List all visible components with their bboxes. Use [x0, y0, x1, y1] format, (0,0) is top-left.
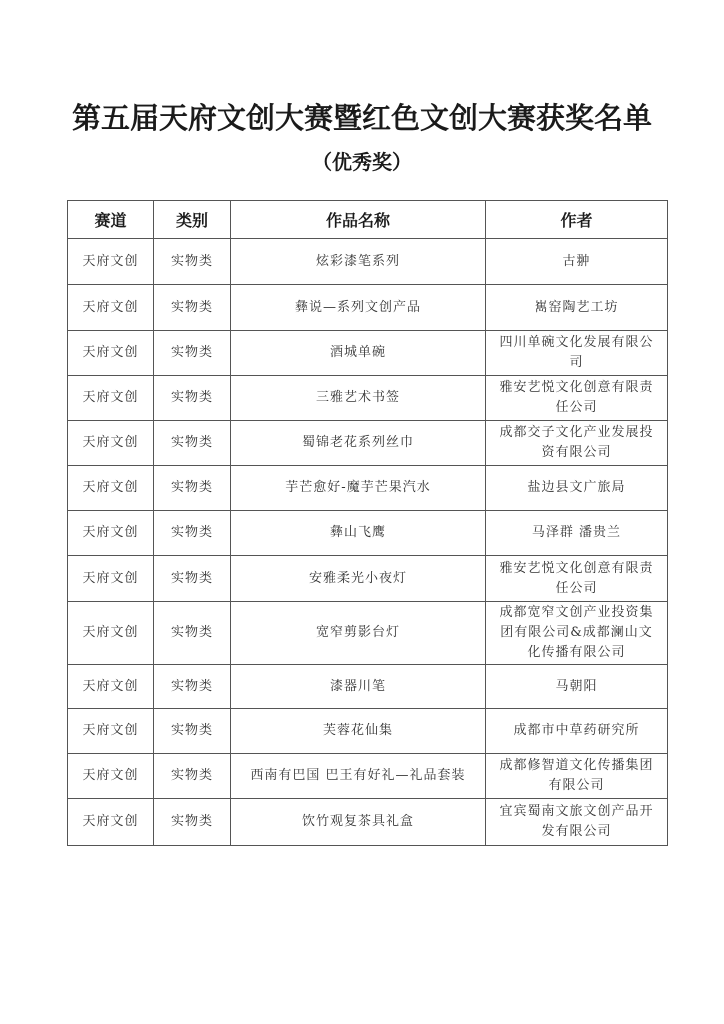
cell-track: 天府文创 — [68, 331, 154, 376]
document-subtitle: （优秀奖） — [0, 146, 724, 175]
cell-author: 马泽群 潘贵兰 — [486, 511, 668, 556]
cell-author: 成都市中草药研究所 — [486, 709, 668, 754]
cell-track: 天府文创 — [68, 665, 154, 709]
cell-track: 天府文创 — [68, 239, 154, 285]
cell-work-name: 蜀锦老花系列丝巾 — [231, 421, 486, 466]
table-row: 天府文创实物类炫彩漆笔系列古翀 — [68, 239, 668, 285]
table-row: 天府文创实物类芙蓉花仙集成都市中草药研究所 — [68, 709, 668, 754]
cell-track: 天府文创 — [68, 709, 154, 754]
cell-author: 古翀 — [486, 239, 668, 285]
cell-author: 四川单碗文化发展有限公司 — [486, 331, 668, 376]
cell-author: 马朝阳 — [486, 665, 668, 709]
cell-work-name: 宽窄剪影台灯 — [231, 602, 486, 665]
cell-category: 实物类 — [154, 602, 231, 665]
cell-work-name: 酒城单碗 — [231, 331, 486, 376]
cell-category: 实物类 — [154, 466, 231, 511]
cell-author: 嶲窑陶艺工坊 — [486, 285, 668, 331]
cell-author: 宜宾蜀南文旅文创产品开发有限公司 — [486, 799, 668, 846]
cell-category: 实物类 — [154, 331, 231, 376]
cell-work-name: 安雅柔光小夜灯 — [231, 556, 486, 602]
cell-track: 天府文创 — [68, 285, 154, 331]
cell-track: 天府文创 — [68, 556, 154, 602]
cell-work-name: 饮竹观复茶具礼盒 — [231, 799, 486, 846]
cell-work-name: 炫彩漆笔系列 — [231, 239, 486, 285]
cell-track: 天府文创 — [68, 602, 154, 665]
cell-category: 实物类 — [154, 511, 231, 556]
cell-work-name: 芙蓉花仙集 — [231, 709, 486, 754]
cell-track: 天府文创 — [68, 511, 154, 556]
cell-category: 实物类 — [154, 239, 231, 285]
cell-author: 盐边县文广旅局 — [486, 466, 668, 511]
table-row: 天府文创实物类三雅艺术书签雅安艺悦文化创意有限责任公司 — [68, 376, 668, 421]
cell-category: 实物类 — [154, 285, 231, 331]
document-title: 第五届天府文创大赛暨红色文创大赛获奖名单 — [0, 96, 724, 137]
header-work-name: 作品名称 — [231, 201, 486, 239]
awards-table: 赛道 类别 作品名称 作者 天府文创实物类炫彩漆笔系列古翀天府文创实物类彝说—系… — [67, 200, 668, 846]
cell-author: 雅安艺悦文化创意有限责任公司 — [486, 556, 668, 602]
cell-author: 雅安艺悦文化创意有限责任公司 — [486, 376, 668, 421]
cell-category: 实物类 — [154, 556, 231, 602]
table-row: 天府文创实物类西南有巴国 巴王有好礼—礼品套装成都修智道文化传播集团有限公司 — [68, 754, 668, 799]
table-row: 天府文创实物类酒城单碗四川单碗文化发展有限公司 — [68, 331, 668, 376]
cell-work-name: 彝说—系列文创产品 — [231, 285, 486, 331]
cell-author: 成都交子文化产业发展投资有限公司 — [486, 421, 668, 466]
cell-track: 天府文创 — [68, 466, 154, 511]
table-row: 天府文创实物类蜀锦老花系列丝巾成都交子文化产业发展投资有限公司 — [68, 421, 668, 466]
cell-category: 实物类 — [154, 709, 231, 754]
cell-track: 天府文创 — [68, 421, 154, 466]
cell-category: 实物类 — [154, 754, 231, 799]
cell-work-name: 三雅艺术书签 — [231, 376, 486, 421]
cell-author: 成都修智道文化传播集团有限公司 — [486, 754, 668, 799]
cell-category: 实物类 — [154, 799, 231, 846]
cell-category: 实物类 — [154, 421, 231, 466]
cell-work-name: 漆器川笔 — [231, 665, 486, 709]
table-row: 天府文创实物类彝说—系列文创产品嶲窑陶艺工坊 — [68, 285, 668, 331]
table-row: 天府文创实物类芋芒愈好-魔芋芒果汽水盐边县文广旅局 — [68, 466, 668, 511]
header-author: 作者 — [486, 201, 668, 239]
cell-work-name: 彝山飞鹰 — [231, 511, 486, 556]
cell-track: 天府文创 — [68, 754, 154, 799]
table-row: 天府文创实物类宽窄剪影台灯成都宽窄文创产业投资集团有限公司&成都澜山文化传播有限… — [68, 602, 668, 665]
cell-category: 实物类 — [154, 665, 231, 709]
cell-track: 天府文创 — [68, 799, 154, 846]
table-row: 天府文创实物类饮竹观复茶具礼盒宜宾蜀南文旅文创产品开发有限公司 — [68, 799, 668, 846]
header-category: 类别 — [154, 201, 231, 239]
cell-work-name: 芋芒愈好-魔芋芒果汽水 — [231, 466, 486, 511]
cell-track: 天府文创 — [68, 376, 154, 421]
table-header-row: 赛道 类别 作品名称 作者 — [68, 201, 668, 239]
header-track: 赛道 — [68, 201, 154, 239]
table-row: 天府文创实物类漆器川笔马朝阳 — [68, 665, 668, 709]
table-row: 天府文创实物类安雅柔光小夜灯雅安艺悦文化创意有限责任公司 — [68, 556, 668, 602]
cell-author: 成都宽窄文创产业投资集团有限公司&成都澜山文化传播有限公司 — [486, 602, 668, 665]
cell-work-name: 西南有巴国 巴王有好礼—礼品套装 — [231, 754, 486, 799]
cell-category: 实物类 — [154, 376, 231, 421]
table-row: 天府文创实物类彝山飞鹰马泽群 潘贵兰 — [68, 511, 668, 556]
